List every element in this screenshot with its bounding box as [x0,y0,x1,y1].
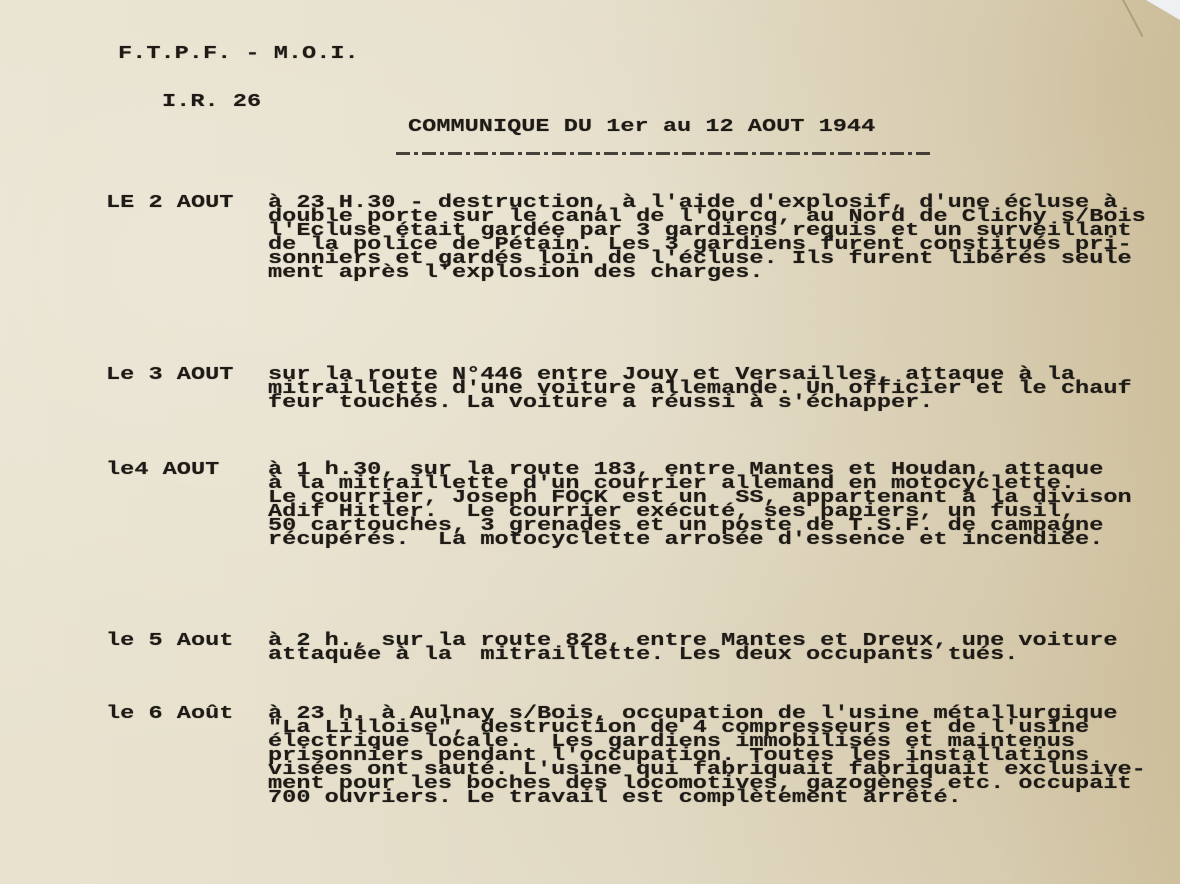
entry-line: récupérés. La motocyclette arrosée d'ess… [268,533,1132,547]
entry-body: sur la route N°446 entre Jouy et Versail… [268,368,1132,410]
entry-date: le 5 Aout [106,634,233,648]
entry-body: à 1 h.30, sur la route 183, entre Mantes… [268,463,1132,547]
title-underline [396,152,932,155]
entry-date: LE 2 AOUT [106,196,233,210]
organization-header: F.T.P.F. - M.O.I. [118,47,359,61]
entry-date: Le 3 AOUT [106,368,233,382]
entry-body: à 23 H.30 - destruction, à l'aide d'expl… [268,196,1146,280]
entry-date: le4 AOUT [106,463,219,477]
entry-body: à 2 h., sur la route 828, entre Mantes e… [268,634,1118,662]
entry-line: attaquée à la mitraillette. Les deux occ… [268,648,1118,662]
paper-crease [1122,0,1143,37]
entry-body: à 23 h. à Aulnay s/Bois, occupation de l… [268,707,1146,805]
communique-title: COMMUNIQUE DU 1er au 12 AOUT 1944 [408,120,875,134]
reference-number: I.R. 26 [162,95,261,109]
entry-date: le 6 Août [106,707,233,721]
torn-corner [1146,0,1180,20]
